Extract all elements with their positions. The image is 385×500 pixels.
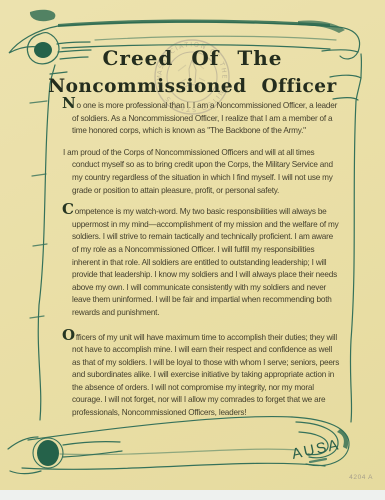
- paragraph-2-text: I am proud of the Corps of Noncommission…: [63, 148, 333, 195]
- creed-body: No one is more professional than I. I am…: [62, 100, 340, 420]
- bottom-roll-core: [37, 440, 59, 466]
- creed-paragraph-2: I am proud of the Corps of Noncommission…: [62, 147, 340, 197]
- scroll-bottom-bar-top-edge: [28, 417, 292, 440]
- paragraph-3-text: ompetence is my watch-word. My two basic…: [72, 207, 339, 317]
- drop-cap-c: C: [62, 200, 74, 218]
- catalog-number: 4204 A: [349, 474, 373, 481]
- scan-background: ASSOCIATION OF THE UNITED STATES ARMY: [0, 0, 385, 500]
- paragraph-1-text: o one is more professional than I. I am …: [72, 101, 337, 135]
- scroll-left-edge: [38, 84, 50, 420]
- paragraph-4-text: fficers of my unit will have maximum tim…: [72, 333, 339, 418]
- scroll-bottom-bar-bottom-edge: [22, 463, 325, 469]
- top-edge-shading: [58, 19, 330, 27]
- creed-paragraph-1: No one is more professional than I. I am…: [62, 100, 340, 138]
- creed-paragraph-4: Officers of my unit will have maximum ti…: [62, 332, 340, 420]
- drop-cap-n: N: [62, 94, 76, 112]
- ausa-brand-text: AUSA: [290, 436, 341, 463]
- title-line-2: Noncommissioned Officer: [0, 76, 385, 97]
- creed-paragraph-3: Competence is my watch-word. My two basi…: [62, 206, 340, 319]
- scroll-right-edge: [350, 101, 356, 422]
- title-line-1: Creed Of The: [0, 46, 385, 70]
- creed-card: ASSOCIATION OF THE UNITED STATES ARMY: [0, 0, 385, 490]
- creed-title: Creed Of The Noncommissioned Officer: [0, 46, 385, 97]
- drop-cap-o: O: [62, 326, 75, 344]
